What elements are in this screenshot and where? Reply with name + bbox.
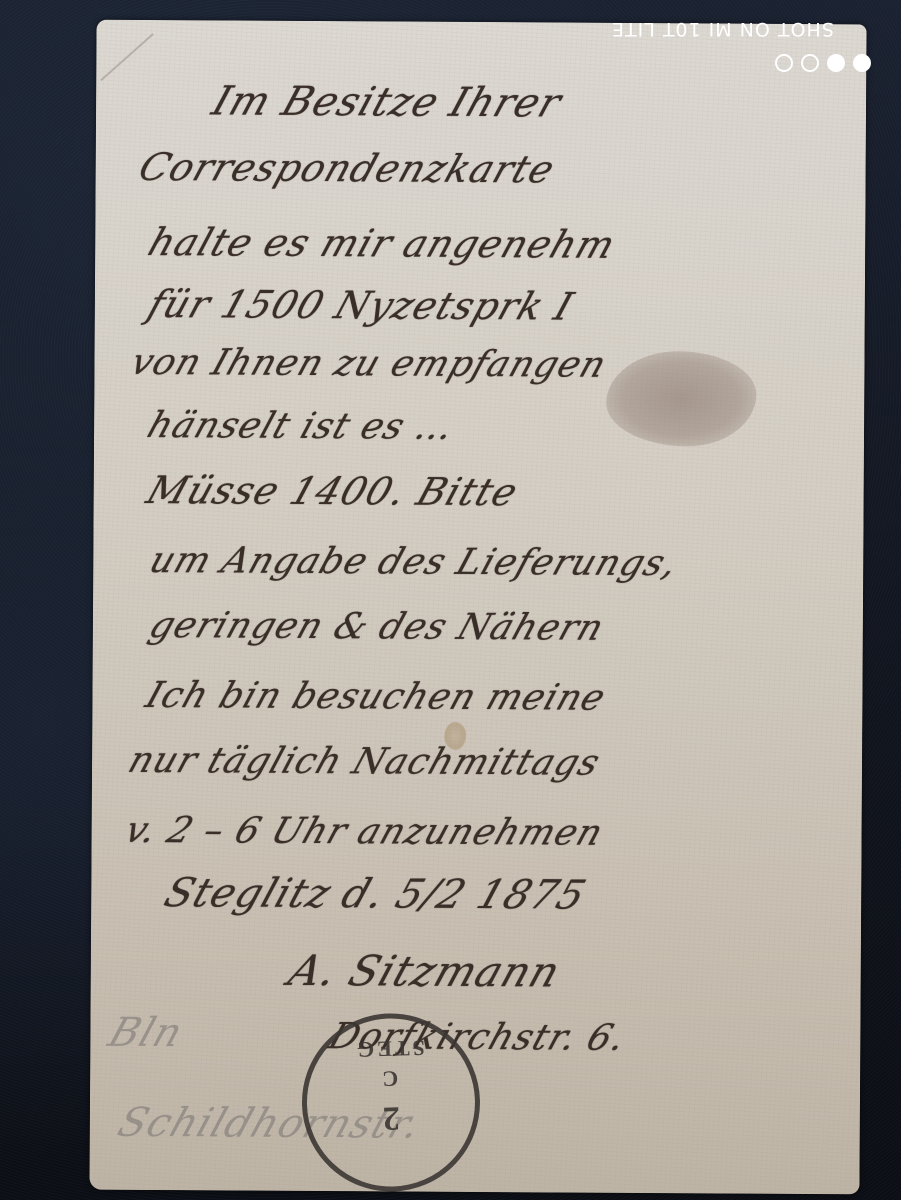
watermark-text: SHOT ON MI 10T LITE — [611, 18, 871, 40]
handwriting-line-10: Ich bin besuchen meine — [141, 675, 612, 719]
postmark-place: STEG — [305, 1033, 474, 1064]
handwriting-line-8: um Angabe des Lieferungs, — [144, 540, 683, 584]
handwriting-line-3: halte es mir angenehm — [143, 220, 622, 267]
watermark-dot-icon — [775, 54, 793, 72]
handwriting-date-line: Steglitz d. 5/2 1875 — [159, 870, 592, 918]
handwriting-line-1: Im Besitze Ihrer — [206, 78, 567, 126]
handwriting-line-9: geringen & des Nähern — [144, 605, 609, 649]
handwriting-line-7: Müsse 1400. Bitte — [141, 468, 523, 514]
watermark-dots — [611, 54, 871, 72]
handwriting-line-12: v. 2 – 6 Uhr anzunehmen — [120, 810, 609, 854]
handwriting-line-2: Correspondenzkarte — [133, 145, 560, 191]
postcard: Im Besitze Ihrer Correspondenzkarte halt… — [89, 20, 866, 1195]
handwriting-line-6: hänselt ist es … — [142, 405, 460, 448]
handwriting-line-5: von Ihnen zu empfangen — [126, 342, 612, 386]
watermark-dot-icon — [801, 54, 819, 72]
pencil-note-1: Bln — [103, 1010, 189, 1056]
handwriting-line-4: für 1500 Nyzetsprk I — [143, 282, 580, 328]
watermark-dot-icon — [827, 54, 845, 72]
postmark-letter: C — [306, 1063, 475, 1094]
handwriting-line-11: nur täglich Nachmittags — [123, 740, 605, 784]
handwriting-signature: A. Sitzmann — [283, 946, 567, 997]
postmark-date: 2 — [307, 1096, 476, 1139]
watermark-dot-icon — [853, 54, 871, 72]
camera-watermark: SHOT ON MI 10T LITE — [611, 18, 871, 72]
handwritten-text: Im Besitze Ihrer Correspondenzkarte halt… — [89, 20, 866, 1195]
